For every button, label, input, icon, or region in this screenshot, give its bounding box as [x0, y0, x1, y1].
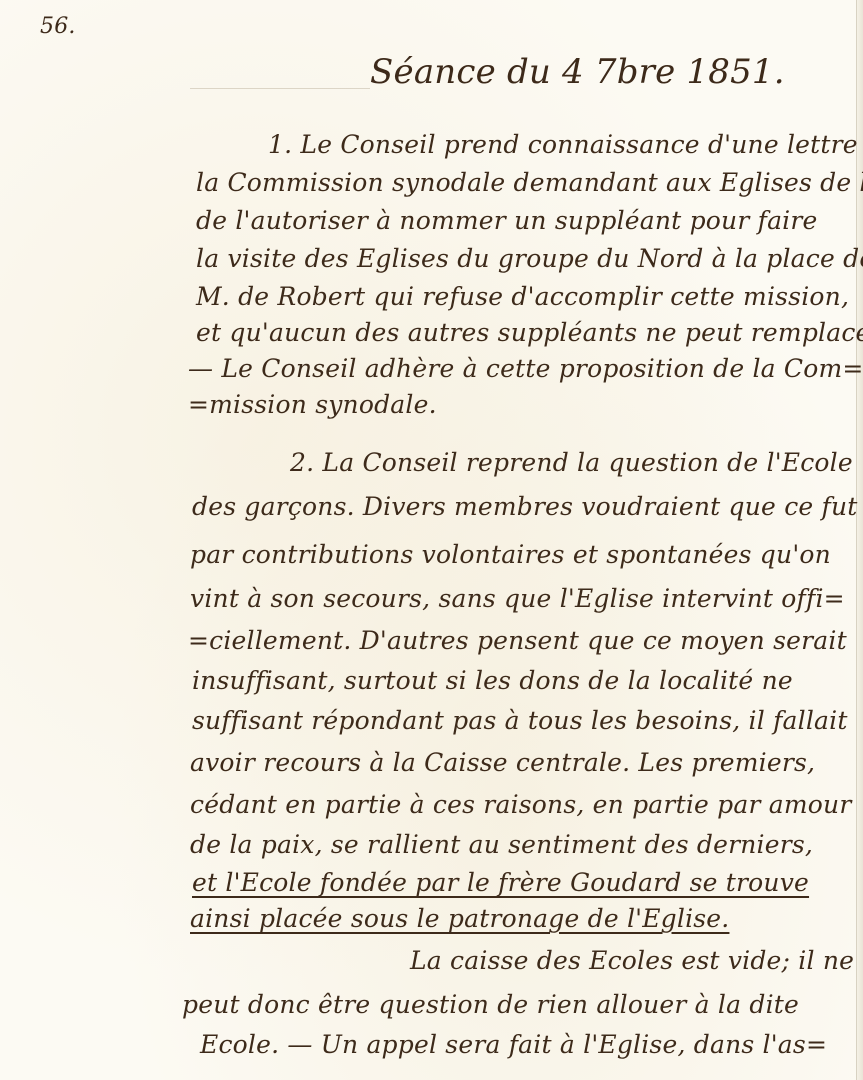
para2-line2: des garçons. Divers membres voudraient q…	[192, 492, 858, 521]
para2-line9: cédant en partie à ces raisons, en parti…	[190, 790, 851, 819]
page-edge	[856, 0, 863, 1080]
para2-line4: vint à son secours, sans que l'Eglise in…	[190, 584, 845, 613]
para1-line4: la visite des Eglises du groupe du Nord …	[196, 244, 863, 273]
para1-line3: de l'autoriser à nommer un suppléant pou…	[196, 206, 818, 235]
para1-line5: M. de Robert qui refuse d'accomplir cett…	[196, 282, 849, 311]
session-title: Séance du 4 7bre 1851.	[370, 52, 785, 92]
para3-line1: La caisse des Ecoles est vide; il ne	[410, 946, 854, 975]
para3-line2: peut donc être question de rien allouer …	[182, 990, 799, 1019]
para1-line6: et qu'aucun des autres suppléants ne peu…	[196, 318, 863, 347]
manuscript-page: 56. Séance du 4 7bre 1851. 1. Le Conseil…	[0, 0, 863, 1080]
para3-line3: Ecole. — Un appel sera fait à l'Eglise, …	[200, 1030, 827, 1059]
para1-line2: la Commission synodale demandant aux Egl…	[196, 168, 863, 197]
title-rule	[190, 88, 370, 89]
para2-line10: de la paix, se rallient au sentiment des…	[190, 830, 813, 859]
para2-line8: avoir recours à la Caisse centrale. Les …	[190, 748, 815, 777]
para2-line5: =ciellement. D'autres pensent que ce moy…	[188, 626, 847, 655]
para2-line1: 2. La Conseil reprend la question de l'E…	[290, 448, 853, 477]
para2-line12: ainsi placée sous le patronage de l'Egli…	[190, 904, 729, 933]
para2-line7: suffisant répondant pas à tous les besoi…	[192, 706, 848, 735]
para2-line6: insuffisant, surtout si les dons de la l…	[192, 666, 793, 695]
para2-line11: et l'Ecole fondée par le frère Goudard s…	[192, 868, 809, 897]
para1-line1: 1. Le Conseil prend connaissance d'une l…	[268, 130, 863, 159]
para1-line8: =mission synodale.	[188, 390, 437, 419]
para1-line7: — Le Conseil adhère à cette proposition …	[188, 354, 863, 383]
para2-line3: par contributions volontaires et spontan…	[190, 540, 831, 569]
page-number: 56.	[40, 14, 76, 39]
